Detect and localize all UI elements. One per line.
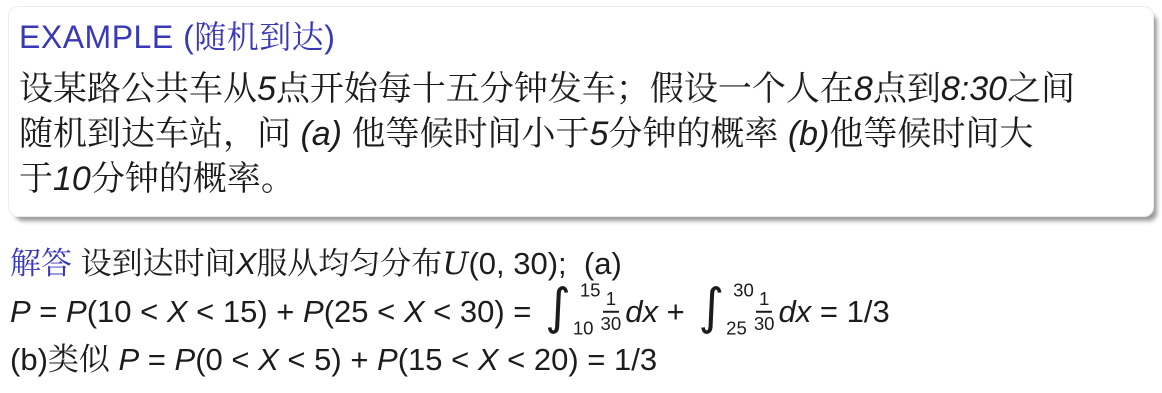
text-segment: = — [139, 342, 174, 377]
text-segment: 于 — [19, 160, 53, 198]
text-segment: = — [31, 294, 66, 329]
body-line-3: 于10分钟的概率。 — [19, 157, 1141, 202]
integral-symbol: ∫1510 — [545, 292, 594, 326]
text-segment: 之间 — [1007, 70, 1075, 108]
text-segment: P — [66, 294, 87, 329]
example-block: EXAMPLE (随机到达) 设某路公共车从5点开始每十五分钟发车；假设一个人在… — [8, 6, 1154, 217]
text-segment: X — [478, 342, 499, 377]
text-segment: 服从均匀分布 — [256, 246, 442, 281]
text-segment: P — [303, 294, 324, 329]
integral-limits: 3025 — [726, 291, 747, 328]
text-segment: 他等候时间小于 — [342, 115, 589, 153]
text-segment: 10 — [53, 160, 91, 198]
integral-glyph: ∫ — [698, 282, 724, 332]
integral-lower-limit: 10 — [573, 319, 594, 338]
text-segment: 分钟的概率。 — [91, 160, 295, 198]
text-segment: 解答 — [10, 246, 72, 281]
integral-upper-limit: 30 — [733, 282, 754, 301]
text-segment: X — [236, 246, 257, 281]
text-segment: 点开始每十五分钟发车；假设一个人在 — [276, 70, 854, 108]
text-segment: X — [167, 294, 188, 329]
fraction-denominator: 30 — [601, 313, 622, 335]
body-line-1: 设某路公共车从5点开始每十五分钟发车；假设一个人在8点到8:30之间 — [19, 67, 1141, 112]
text-segment: < 20) = 1/3 — [499, 342, 658, 377]
text-segment: < 30) = — [425, 294, 540, 329]
text-segment: (0, 30); (a) — [468, 246, 621, 281]
fraction-denominator: 30 — [754, 313, 775, 335]
text-segment: 8:30 — [941, 70, 1007, 108]
fraction-numerator: 1 — [756, 289, 772, 313]
text-segment: P — [175, 342, 196, 377]
example-block-body: 设某路公共车从5点开始每十五分钟发车；假设一个人在8点到8:30之间 随机到达车… — [19, 67, 1141, 202]
integral-upper-limit: 15 — [580, 282, 601, 301]
text-segment: P — [119, 342, 140, 377]
integral-glyph: ∫ — [545, 282, 571, 332]
text-segment: 他等候时间大 — [829, 115, 1033, 153]
text-segment: (b) — [788, 115, 830, 153]
text-segment: P — [377, 342, 398, 377]
text-segment: U — [442, 246, 468, 282]
integral-limits: 1510 — [573, 291, 594, 328]
text-segment: (b)类似 — [10, 342, 119, 377]
text-segment: < 15) + — [188, 294, 303, 329]
text-segment: 分钟的概率 — [608, 115, 787, 153]
text-segment: = 1/3 — [811, 294, 889, 329]
text-segment: (0 < — [195, 342, 258, 377]
text-segment: (10 < — [87, 294, 167, 329]
fraction-numerator: 1 — [603, 289, 619, 313]
integral-lower-limit: 25 — [726, 319, 747, 338]
text-segment: (15 < — [398, 342, 478, 377]
text-segment: (a) — [300, 115, 342, 153]
text-segment: (25 < — [324, 294, 404, 329]
integral-symbol: ∫3025 — [698, 292, 747, 326]
text-segment: 5 — [257, 70, 276, 108]
text-segment: dx — [779, 294, 812, 329]
solution-line-3-formula: (b)类似 P = P(0 < X < 5) + P(15 < X < 20) … — [10, 336, 1158, 384]
text-segment: < 5) + — [279, 342, 377, 377]
text-segment: X — [404, 294, 425, 329]
text-segment: 随机到达车站，问 — [19, 115, 300, 153]
text-segment: 点到 — [873, 70, 941, 108]
solution-block: 解答 设到达时间X服从均匀分布U(0, 30); (a) P = P(10 < … — [10, 240, 1158, 384]
body-line-2: 随机到达车站，问 (a) 他等候时间小于5分钟的概率 (b)他等候时间大 — [19, 112, 1141, 157]
text-segment: 设到达时间 — [72, 246, 236, 281]
text-segment: 设某路公共车从 — [19, 70, 257, 108]
lecture-slide: EXAMPLE (随机到达) 设某路公共车从5点开始每十五分钟发车；假设一个人在… — [0, 0, 1162, 393]
fraction: 130 — [754, 289, 775, 334]
text-segment: 5 — [589, 115, 608, 153]
text-segment: + — [658, 294, 693, 329]
text-segment: P — [10, 294, 31, 329]
example-block-title: EXAMPLE (随机到达) — [19, 17, 1141, 57]
text-segment: 8 — [854, 70, 873, 108]
text-segment: X — [258, 342, 279, 377]
solution-line-2-formula: P = P(10 < X < 15) + P(25 < X < 30) = ∫1… — [10, 288, 1158, 336]
text-segment: dx — [625, 294, 658, 329]
fraction: 130 — [601, 289, 622, 334]
